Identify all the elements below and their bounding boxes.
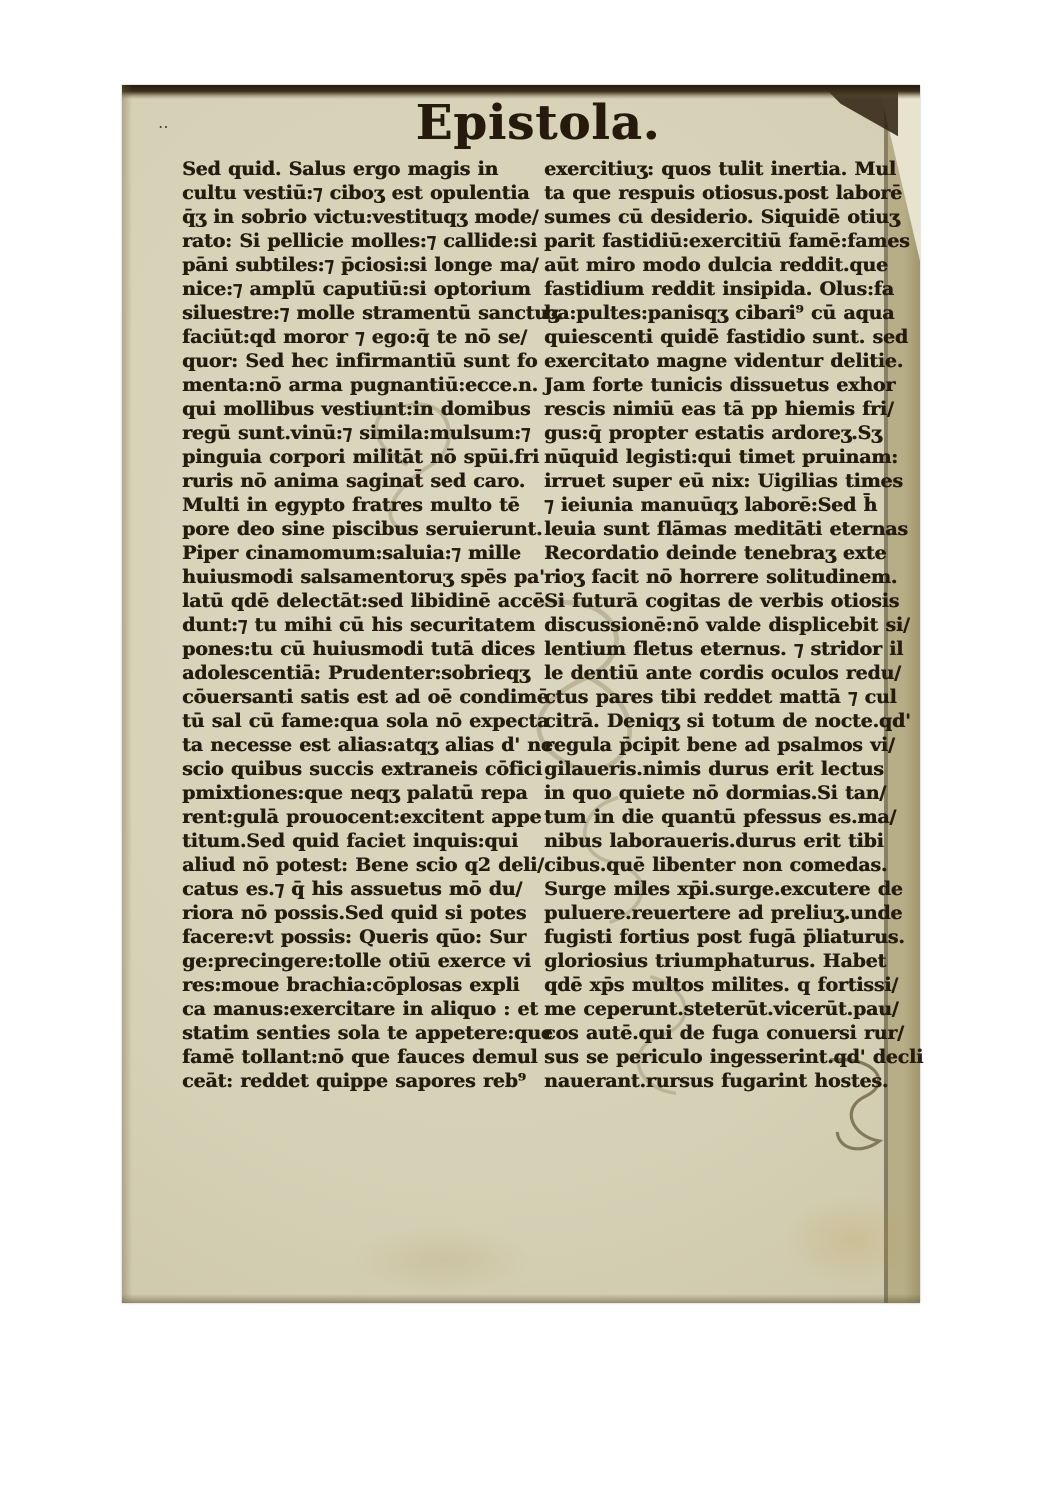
paper-stain bbox=[352, 1225, 532, 1295]
text-line: ba:pultes:panisqʒ cibari⁹ cū aqua bbox=[544, 301, 896, 325]
text-line: famē tollant:nō que fauces demul bbox=[182, 1045, 534, 1069]
text-line: puluere.reuertere ad preliuʒ.unde bbox=[544, 901, 896, 925]
text-line: Recordatio deinde tenebraʒ exte bbox=[544, 541, 896, 565]
text-line: in quo quiete nō dormias.Si tan/ bbox=[544, 781, 896, 805]
text-line: gus:q̄ propter estatis ardoreʒ.Sʒ bbox=[544, 421, 896, 445]
text-line: q̄ʒ in sobrio victu:vestituqʒ mode/ bbox=[182, 205, 534, 229]
text-line: tū sal cū fame:qua sola nō expecta bbox=[182, 709, 534, 733]
text-line: ruris nō anima saginat̄ sed caro. bbox=[182, 469, 534, 493]
text-line: cos autē.qui de fuga conuersi rur/ bbox=[544, 1021, 896, 1045]
text-line: pāni subtiles:⁊ p̄ciosi:si longe ma/ bbox=[182, 253, 534, 277]
text-line: ca manus:exercitare in aliquo : et bbox=[182, 997, 534, 1021]
text-line: sus se periculo ingesserint.qd' decli bbox=[544, 1045, 896, 1069]
text-line: Piper cinamomum:saluia:⁊ mille bbox=[182, 541, 534, 565]
text-line: le dentiū ante cordis oculos redu/ bbox=[544, 661, 896, 685]
text-line: cultu vestiū:⁊ ciboʒ est opulentia bbox=[182, 181, 534, 205]
text-line: me ceperunt.steterūt.vicerūt.pau/ bbox=[544, 997, 896, 1021]
text-line: Sed quid. Salus ergo magis in bbox=[182, 157, 534, 181]
text-line: facere:vt possis: Queris qūo: Sur bbox=[182, 925, 534, 949]
screenshot-canvas: ‥ Epistola. Sed quid. Salus ergo magis i… bbox=[0, 0, 1060, 1500]
text-line: qdē xp̄s multos milites. q fortissi/ bbox=[544, 973, 896, 997]
text-column-right: exercitiuʒ: quos tulit inertia. Multa qu… bbox=[544, 157, 896, 1093]
text-line: pore deo sine piscibus seruierunt. bbox=[182, 517, 534, 541]
text-line: qui mollibus vestiunt:in domibus bbox=[182, 397, 534, 421]
text-line: nūquid legisti:qui timet pruinam: bbox=[544, 445, 896, 469]
text-line: ctus pares tibi reddet mattā ⁊ cul bbox=[544, 685, 896, 709]
text-line: Jam forte tunicis dissuetus exhor bbox=[544, 373, 896, 397]
text-line: sumes cū desiderio. Siquidē otiuʒ bbox=[544, 205, 896, 229]
text-line: exercitiuʒ: quos tulit inertia. Mul bbox=[544, 157, 896, 181]
text-line: cibus.quē libenter non comedas. bbox=[544, 853, 896, 877]
text-line: statim senties sola te appetere:que bbox=[182, 1021, 534, 1045]
text-line: rato: Si pellicie molles:⁊ callide:si bbox=[182, 229, 534, 253]
text-line: rent:gulā prouocent:excitent appe bbox=[182, 805, 534, 829]
text-line: fugisti fortius post fugā p̄liaturus. bbox=[544, 925, 896, 949]
text-line: nauerant.rursus fugarint hostes. bbox=[544, 1069, 896, 1093]
text-line: quor: Sed hec infirmantiū sunt fo bbox=[182, 349, 534, 373]
text-line: adolescentiā: Prudenter:sobrieqʒ bbox=[182, 661, 534, 685]
text-line: irruet super eū nix: Uigilias times bbox=[544, 469, 896, 493]
text-line: gilaueris.nimis durus erit lectus bbox=[544, 757, 896, 781]
text-line: Si futurā cogitas de verbis otiosis bbox=[544, 589, 896, 613]
text-line: ta necesse est alias:atqʒ alias d' ne bbox=[182, 733, 534, 757]
text-line: gloriosius triumphaturus. Habet bbox=[544, 949, 896, 973]
text-line: lentium fletus eternus. ⁊ stridor il bbox=[544, 637, 896, 661]
text-line: ⁊ ieiunia manuūqʒ laborē:Sed h̄ bbox=[544, 493, 896, 517]
text-line: cōuersanti satis est ad oē condimē bbox=[182, 685, 534, 709]
text-line: siluestre:⁊ molle stramentū sanctuʒ bbox=[182, 301, 534, 325]
text-line: catus es.⁊ q̄ his assuetus mō du/ bbox=[182, 877, 534, 901]
page-left-edge-shading bbox=[122, 85, 132, 1303]
text-line: regula p̄cipit bene ad psalmos vi/ bbox=[544, 733, 896, 757]
text-line: nibus laboraueris.durus erit tibi bbox=[544, 829, 896, 853]
text-line: latū qdē delectāt:sed libidinē accē bbox=[182, 589, 534, 613]
text-line: rioʒ facit nō horrere solitudinem. bbox=[544, 565, 896, 589]
text-line: regū sunt.vinū:⁊ simila:mulsum:⁊ bbox=[182, 421, 534, 445]
marginal-mark: ‥ bbox=[158, 113, 169, 132]
text-line: scio quibus succis extraneis cōfici bbox=[182, 757, 534, 781]
text-line: citrā. Deniqʒ si totum de nocte.qd' bbox=[544, 709, 896, 733]
text-line: aūt miro modo dulcia reddit.que bbox=[544, 253, 896, 277]
text-line: menta:nō arma pugnantiū:ecce.n. bbox=[182, 373, 534, 397]
text-line: riora nō possis.Sed quid si potes bbox=[182, 901, 534, 925]
text-line: discussionē:nō valde displicebit si/ bbox=[544, 613, 896, 637]
text-line: titum.Sed quid faciet inquis:qui bbox=[182, 829, 534, 853]
text-column-left: Sed quid. Salus ergo magis incultu vesti… bbox=[182, 157, 534, 1093]
text-line: ta que respuis otiosus.post laborē bbox=[544, 181, 896, 205]
text-line: aliud nō potest: Bene scio q2 deli/ bbox=[182, 853, 534, 877]
text-line: dunt:⁊ tu mihi cū his securitatem bbox=[182, 613, 534, 637]
page-title: Epistola. bbox=[182, 95, 894, 151]
text-line: faciūt:qd moror ⁊ ego:q̄ te nō se/ bbox=[182, 325, 534, 349]
text-line: huiusmodi salsamentoruʒ spēs pa' bbox=[182, 565, 534, 589]
text-line: pinguia corpori militāt nō spūi.fri bbox=[182, 445, 534, 469]
text-line: exercitato magne videntur delitie. bbox=[544, 349, 896, 373]
scanned-book-page: ‥ Epistola. Sed quid. Salus ergo magis i… bbox=[122, 85, 920, 1303]
text-line: parit fastidiū:exercitiū famē:fames bbox=[544, 229, 896, 253]
text-line: res:moue brachia:cōplosas expli bbox=[182, 973, 534, 997]
page-bottom-edge-shadow bbox=[122, 1294, 920, 1303]
text-block: Sed quid. Salus ergo magis incultu vesti… bbox=[182, 157, 896, 1093]
text-line: Surge miles xp̄i.surge.excutere de bbox=[544, 877, 896, 901]
text-line: pones:tu cū huiusmodi tutā dices bbox=[182, 637, 534, 661]
text-line: fastidium reddit insipida. Olus:fa bbox=[544, 277, 896, 301]
text-line: nice:⁊ amplū caputiū:si optorium bbox=[182, 277, 534, 301]
text-line: tum in die quantū pfessus es.ma/ bbox=[544, 805, 896, 829]
text-line: Multi in egypto fratres multo tē bbox=[182, 493, 534, 517]
text-line: rescis nimiū eas tā pp hiemis fri/ bbox=[544, 397, 896, 421]
text-line: ge:precingere:tolle otiū exerce vi bbox=[182, 949, 534, 973]
text-line: leuia sunt flāmas meditāti eternas bbox=[544, 517, 896, 541]
text-line: ceāt: reddet quippe sapores reb⁹ bbox=[182, 1069, 534, 1093]
text-line: pmixtiones:que neqʒ palatū repa bbox=[182, 781, 534, 805]
text-line: quiescenti quidē fastidio sunt. sed bbox=[544, 325, 896, 349]
